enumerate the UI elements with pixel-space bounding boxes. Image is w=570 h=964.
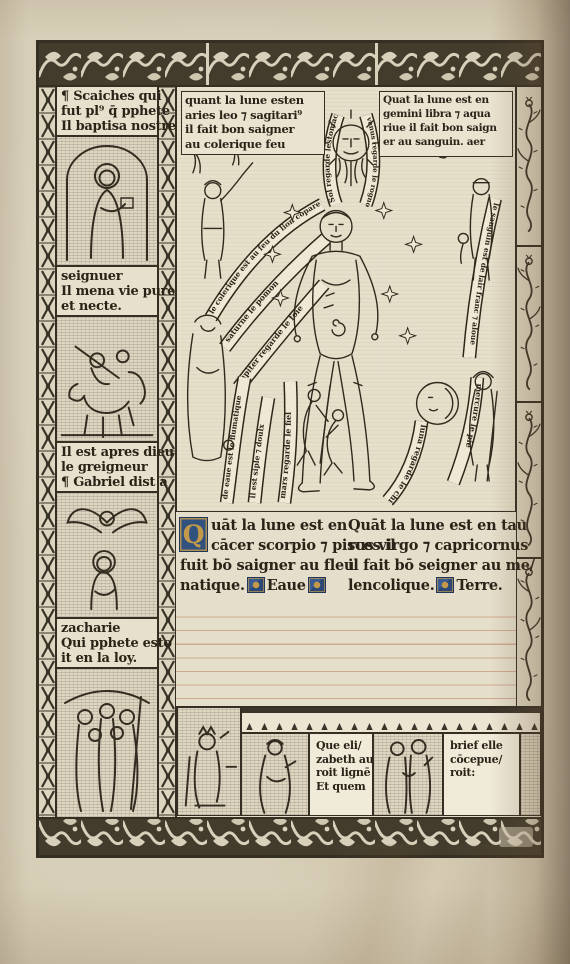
vignette-saint-john-baptist — [56, 136, 158, 266]
seated-king-sketch — [178, 708, 240, 815]
caption-line: zacharie — [61, 621, 154, 636]
paragraph-word: Terre. — [456, 577, 502, 594]
right-border-dragon-panel-4 — [516, 558, 542, 712]
tablet-line: roit: — [450, 766, 517, 780]
dragon-grotesque-1 — [517, 87, 541, 245]
caption-line: Il mena vie pure — [61, 284, 154, 299]
left-chain-pattern — [39, 87, 55, 817]
paragraph-line: il fait bō seigner au me/ — [348, 556, 514, 576]
paragraph-line: cācer scorpio ⁊ pisces il — [149, 536, 344, 556]
visitation-couple-sketch — [374, 734, 442, 815]
bottom-strip-filler — [520, 733, 541, 816]
caption-john-baptist: ¶ Scaiches qui fut pl⁹ q̄ pphete Il bapt… — [56, 86, 158, 136]
arcade-canopy-strip — [241, 707, 541, 733]
caption-line: et necte. — [61, 299, 154, 314]
vignette-seated-king — [177, 707, 241, 816]
paragraph-line: Quāt la lune est en tau — [348, 516, 514, 536]
illuminated-initial: Q — [180, 518, 207, 551]
textbox-line: il fait bon saigner — [185, 122, 321, 137]
paragraph-cancer-scorpio-pisces: Q uāt la lune est en cācer scorpio ⁊ pis… — [180, 516, 344, 596]
textbox-line: au colerique feu — [185, 137, 321, 152]
vignette-angel-and-christ — [56, 492, 158, 618]
banner-flumatique: de eaue est le flumatique — [220, 378, 244, 503]
caption-pure-life: seignuer Il mena vie pure et necte. — [56, 266, 158, 316]
caption-line: fut pl⁹ q̄ pphete — [61, 104, 154, 119]
caption-line: seignuer — [61, 269, 154, 284]
caption-line: le greigneur — [61, 460, 154, 475]
paragraph-line: natique.Eaue — [180, 576, 344, 596]
textbox-gemini-libra-aquarius: Quat la lune est en gemini libra ⁊ aqua … — [379, 91, 513, 157]
zacharie-crowd-sketch — [57, 669, 157, 817]
tablet-line: brief elle — [450, 739, 517, 753]
tablet-line: roit lignē — [316, 766, 370, 780]
tablet-conception: brief elle cōcepue/ roit: — [443, 733, 520, 816]
horsemen-sketch — [57, 317, 157, 441]
dragon-grotesque-4 — [517, 559, 541, 711]
left-column: ¶ Scaiches qui fut pl⁹ q̄ pphete Il bapt… — [56, 86, 158, 818]
paragraph-line: fuit bō saigner au fleu — [180, 556, 344, 576]
banner-mercure: mercure le pie — [453, 378, 483, 483]
bottom-foliate-pattern — [39, 819, 541, 855]
right-border-dragon-panel-1 — [516, 86, 542, 246]
standing-woman-sketch — [242, 734, 308, 815]
manuscript-page-photo: ¶ Scaiches qui fut pl⁹ q̄ pphete Il bapt… — [0, 0, 570, 964]
top-foliate-pattern — [39, 43, 541, 85]
illuminated-block — [309, 578, 325, 592]
textbox-line: er au sanguin. aer — [383, 135, 509, 149]
zodiac-man-panel: le colerique est au feu du lion copare s… — [176, 86, 516, 512]
rubric-paragraphs: Q uāt la lune est en cācer scorpio ⁊ pis… — [176, 512, 516, 604]
angel-christ-sketch — [57, 493, 157, 617]
caption-line: Il baptisa nostre — [61, 119, 154, 134]
right-border-dragon-panel-3 — [516, 402, 542, 558]
textbox-aries-leo-sagittarius: quant la lune esten aries leo ⁊ sagitari… — [181, 91, 325, 155]
right-border-dragon-panel-2 — [516, 246, 542, 402]
bottom-vignette-strip: Que eli/ zabeth au roit lignē Et quem br… — [176, 706, 542, 818]
caption-line: it en la loy. — [61, 651, 154, 666]
arcade-pattern — [242, 708, 540, 732]
illuminated-block — [248, 578, 264, 592]
tablet-line: cōcepue/ — [450, 753, 517, 767]
parchment-wrinkle-shading — [0, 844, 570, 964]
choleric-man-figure — [193, 147, 253, 278]
blank-ruled-area — [176, 604, 516, 706]
vignette-horsemen — [56, 316, 158, 442]
dragon-grotesque-2 — [517, 247, 541, 401]
caption-line: Qui pphete esto — [61, 636, 154, 651]
paragraph-taurus-virgo-capricorn: Quāt la lune est en tau rus virgo ⁊ capr… — [348, 516, 514, 596]
paragraph-word: Eaue — [267, 577, 306, 594]
left-chain-border — [38, 86, 56, 818]
paragraph-line: lencolique.Terre. — [348, 576, 514, 596]
saint-john-sketch — [57, 137, 157, 265]
paragraph-word: lencolique. — [348, 577, 434, 594]
moon-face — [417, 383, 459, 425]
vignette-visitation-couple — [373, 733, 443, 816]
top-foliate-border — [38, 42, 542, 86]
textbox-line: quant la lune esten — [185, 93, 321, 108]
illuminated-block — [437, 578, 453, 592]
caption-line: ¶ Scaiches qui — [61, 89, 154, 104]
vignette-zacharie-crowd — [56, 668, 158, 818]
tablet-line: zabeth au — [316, 753, 370, 767]
caption-gabriel: Il est apres dieu le greigneur ¶ Gabriel… — [56, 442, 158, 492]
caption-line: Il est apres dieu — [61, 445, 154, 460]
caption-zacharie: zacharie Qui pphete esto it en la loy. — [56, 618, 158, 668]
paragraph-word: natique. — [180, 577, 245, 594]
paragraph-line: rus virgo ⁊ capricornus — [348, 536, 514, 556]
tablet-elizabeth-lineage: Que eli/ zabeth au roit lignē Et quem — [309, 733, 373, 816]
textbox-line: Quat la lune est en — [383, 93, 509, 107]
banner-doulx: il est siple ⁊ doulx — [248, 397, 268, 502]
textbox-line: riue il fait bon saign — [383, 121, 509, 135]
textbox-line: gemini libra ⁊ aqua — [383, 107, 509, 121]
tablet-line: Que eli/ — [316, 739, 370, 753]
tablet-line: Et quem — [316, 780, 370, 794]
banner-mars: mars regarde le fiel — [278, 382, 293, 503]
caption-line: ¶ Gabriel dist a — [61, 475, 154, 490]
textbox-line: aries leo ⁊ sagitari⁹ — [185, 108, 321, 123]
bottom-foliate-border — [38, 818, 542, 856]
vignette-standing-woman — [241, 733, 309, 816]
